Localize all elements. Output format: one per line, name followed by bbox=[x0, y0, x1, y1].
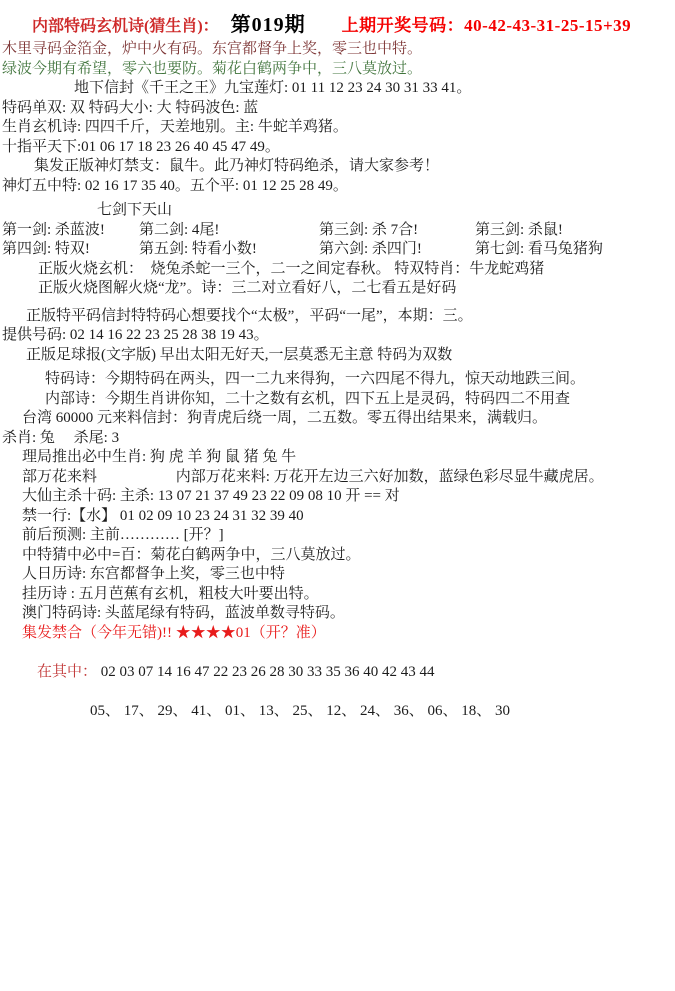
sword-4: 第四剑: 特双! bbox=[2, 240, 139, 260]
odd-even-size-wave-line: 特码单双: 双 特码大小: 大 特码波色: 蓝 bbox=[2, 99, 673, 119]
sheet-title: 内部特码玄机诗(猜生肖)： bbox=[32, 13, 219, 36]
sword-6: 第六剑: 杀四门! bbox=[319, 240, 475, 260]
issue-number: 第019期 bbox=[231, 8, 306, 37]
sheet-header: 内部特码玄机诗(猜生肖)： 第019期 上期开奖号码：40-42-43-31-2… bbox=[2, 4, 673, 40]
sword-2: 第二剑: 4尾! bbox=[139, 221, 319, 241]
provided-numbers-line: 提供号码: 02 14 16 22 23 25 28 38 19 43。 bbox=[2, 326, 673, 346]
seven-swords-row-1: 第一剑: 杀蓝波! 第二剑: 4尾! 第三剑: 杀 7合! 第三剑: 杀鼠! bbox=[2, 221, 673, 241]
zodiac-mystery-poem-line: 生肖玄机诗: 四四千斤，天差地别。主: 牛蛇羊鸡猪。 bbox=[2, 118, 673, 138]
sure-hit-zodiac-line: 理局推出必中生肖: 狗 虎 羊 狗 鼠 猪 兔 牛 bbox=[2, 448, 673, 468]
fire-mystery-line: 正版火烧玄机： 烧兔杀蛇一三个，二一之间定春秋。 特双特肖：牛龙蛇鸡猪 bbox=[2, 260, 673, 280]
seven-swords-row-2: 第四剑: 特双! 第五剑: 特看小数! 第六剑: 杀四门! 第七剑: 看马兔猪狗 bbox=[2, 240, 673, 260]
seven-swords-heading: 七剑下天山 bbox=[2, 201, 673, 221]
among-them-numbers: 02 03 07 14 16 47 22 23 26 28 30 33 35 3… bbox=[97, 664, 435, 680]
sword-5: 第五剑: 特看小数! bbox=[139, 240, 319, 260]
magic-lamp-five-hit-line: 神灯五中特: 02 16 17 35 40。五个平: 01 12 25 28 4… bbox=[2, 177, 673, 197]
lottery-tip-sheet: 内部特码玄机诗(猜生肖)： 第019期 上期开奖号码：40-42-43-31-2… bbox=[0, 0, 675, 721]
wall-calendar-poem-line: 挂历诗 : 五月芭蕉有玄机，粗枝大叶要出特。 bbox=[2, 585, 673, 605]
calendar-poem-line: 人日历诗: 东宫都督争上奖，零三也中特 bbox=[2, 565, 673, 585]
immortal-kill-ten-line: 大仙主杀十码: 主杀: 13 07 21 37 49 23 22 09 08 1… bbox=[2, 487, 673, 507]
taiwan-envelope-line: 台湾 60000 元来料信封：狗青虎后绕一周，二五数。零五得出结果来，满载归。 bbox=[2, 409, 673, 429]
macau-special-poem-line: 澳门特码诗: 头蓝尾绿有特码，蓝波单数寻特码。 bbox=[2, 604, 673, 624]
kill-zodiac-tail-line: 杀肖: 兔 杀尾: 3 bbox=[2, 429, 673, 449]
forbidden-row-line: 禁一行:【水】 01 02 09 10 23 24 31 32 39 40 bbox=[2, 507, 673, 527]
last-draw-numbers: 上期开奖号码：40-42-43-31-25-15+39 bbox=[342, 11, 632, 36]
poem-line-1: 木里寻码金箔金，炉中火有码。东宫都督争上奖，零三也中特。 bbox=[2, 40, 673, 60]
sword-1: 第一剑: 杀蓝波! bbox=[2, 221, 139, 241]
underground-envelope-line: 地下信封《千王之王》九宝莲灯: 01 11 12 23 24 30 31 33 … bbox=[2, 79, 673, 99]
middle-special-guess-line: 中特猜中必中=百：菊花白鹤两争中，三八莫放过。 bbox=[2, 546, 673, 566]
football-news-line: 正版足球报(文字版) 早出太阳无好天,一层莫悉无主意 特码为双数 bbox=[2, 346, 673, 366]
before-after-forecast-line: 前后预测: 主前………… [开？] bbox=[2, 526, 673, 546]
wanhua-material-line: 部万花来料 内部万花来料: 万花开左边三六好加数，蓝绿色彩尽显牛藏虎居。 bbox=[2, 468, 673, 488]
poem-line-2: 绿波今期有希望，零六也要防。菊花白鹤两争中，三八莫放过。 bbox=[2, 60, 673, 80]
special-flat-code-line: 正版特平码信封特特码心想要找个“太极”，平码“一尾”，本期：三。 bbox=[2, 307, 673, 327]
magic-lamp-ban-line: 集发正版神灯禁支：鼠牛。此乃神灯特码绝杀，请大家参考！ bbox=[2, 157, 673, 177]
among-them-label: 在其中： bbox=[37, 664, 97, 680]
among-them-line: 在其中： 02 03 07 14 16 47 22 23 26 28 30 33… bbox=[2, 643, 673, 702]
among-them-numbers-row-2: 05、 17、 29、 41、 01、 13、 25、 12、 24、 36、 … bbox=[2, 702, 673, 722]
sword-7: 第七剑: 看马兔猪狗 bbox=[475, 240, 673, 260]
jifa-ban-combo-line: 集发禁合（今年无错)!! ★★★★01（开？准） bbox=[2, 624, 673, 644]
sword-3: 第三剑: 杀 7合! bbox=[319, 221, 475, 241]
sword-3b: 第三剑: 杀鼠! bbox=[475, 221, 673, 241]
ten-fingers-numbers-line: 十指平天下:01 06 17 18 23 26 40 45 47 49。 bbox=[2, 138, 673, 158]
special-code-poem-line: 特码诗：今期特码在两头，四一二九来得狗，一六四尾不得九，惊天动地跌三间。 bbox=[2, 370, 673, 390]
internal-poem-line: 内部诗：今期生肖讲你知，二十之数有玄机，四下五上是灵码，特码四二不用查 bbox=[2, 390, 673, 410]
fire-diagram-line: 正版火烧图解火烧“龙”。诗：三二对立看好八，二七看五是好码 bbox=[2, 279, 673, 299]
